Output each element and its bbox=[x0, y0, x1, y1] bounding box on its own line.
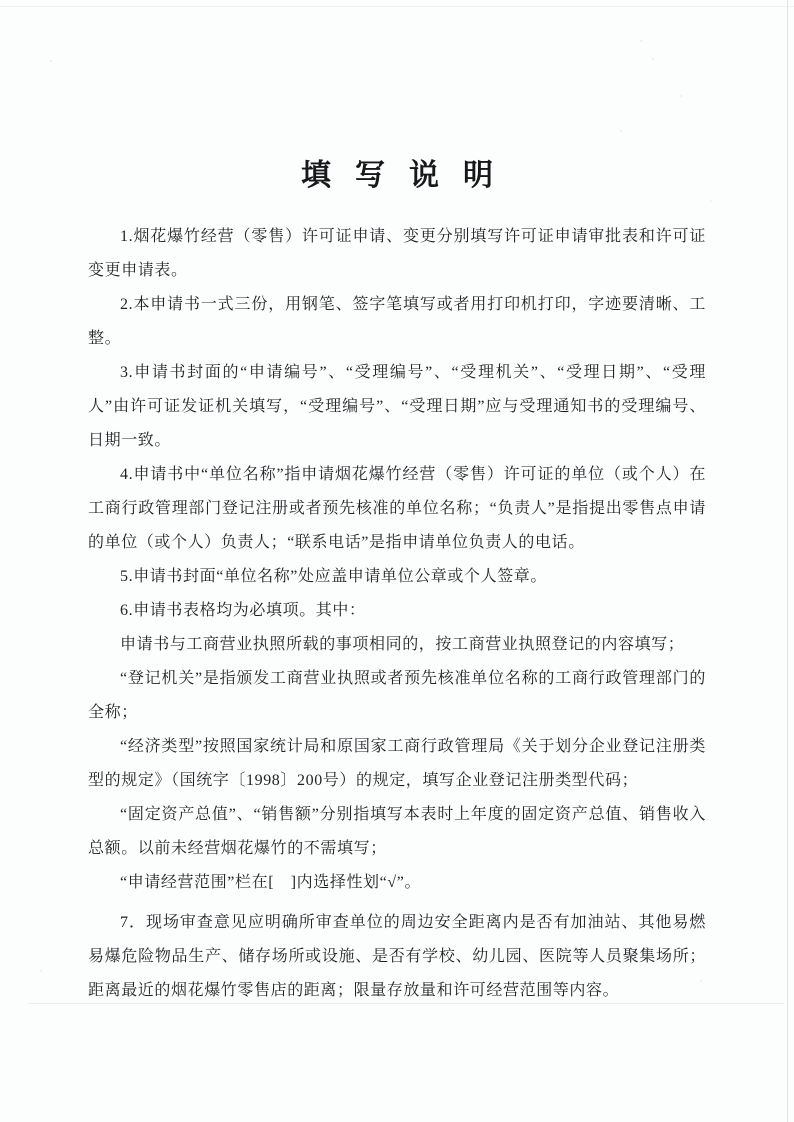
instruction-item-6-sub-3: “经济类型”按照国家统计局和原国家工商行政管理局《关于划分企业登记注册类型的规定… bbox=[88, 730, 706, 798]
instruction-item-6: 6.申请书表格均为必填项。其中： bbox=[88, 594, 706, 628]
instruction-item-1: 1.烟花爆竹经营（零售）许可证申请、变更分别填写许可证申请审批表和许可证变更申请… bbox=[88, 220, 706, 288]
instruction-item-2: 2.本申请书一式三份，用钢笔、签字笔填写或者用打印机打印，字迹要清晰、工整。 bbox=[88, 288, 706, 356]
instruction-item-5: 5.申请书封面“单位名称”处应盖申请单位公章或个人签章。 bbox=[88, 560, 706, 594]
instruction-item-3: 3.申请书封面的“申请编号”、“受理编号”、“受理机关”、“受理日期”、“受理人… bbox=[88, 356, 706, 458]
scan-noise-specks bbox=[640, 40, 642, 42]
instruction-item-6-sub-2: “登记机关”是指颁发工商营业执照或者预先核准单位名称的工商行政管理部门的全称； bbox=[88, 662, 706, 730]
instruction-item-7: 7．现场审查意见应明确所审查单位的周边安全距离内是否有加油站、其他易燃易爆危险物… bbox=[88, 906, 706, 1008]
document-body: 1.烟花爆竹经营（零售）许可证申请、变更分别填写许可证申请审批表和许可证变更申请… bbox=[0, 194, 794, 1008]
scan-artifact-right-edge bbox=[787, 0, 788, 1122]
page-title: 填写说明 bbox=[0, 0, 794, 194]
scan-artifact-top-line bbox=[0, 6, 794, 7]
instruction-item-6-sub-1: 申请书与工商营业执照所载的事项相同的，按工商营业执照登记的内容填写； bbox=[88, 628, 706, 662]
instruction-item-6-sub-5: “申请经营范围”栏在[ ]内选择性划“√”。 bbox=[88, 866, 706, 900]
scan-artifact-fold-line bbox=[28, 1003, 784, 1004]
document-page: 填写说明 1.烟花爆竹经营（零售）许可证申请、变更分别填写许可证申请审批表和许可… bbox=[0, 0, 794, 1122]
instruction-item-6-sub-4: “固定资产总值”、“销售额”分别指填写本表时上年度的固定资产总值、销售收入总额。… bbox=[88, 798, 706, 866]
instruction-item-4: 4.申请书中“单位名称”指申请烟花爆竹经营（零售）许可证的单位（或个人）在工商行… bbox=[88, 458, 706, 560]
